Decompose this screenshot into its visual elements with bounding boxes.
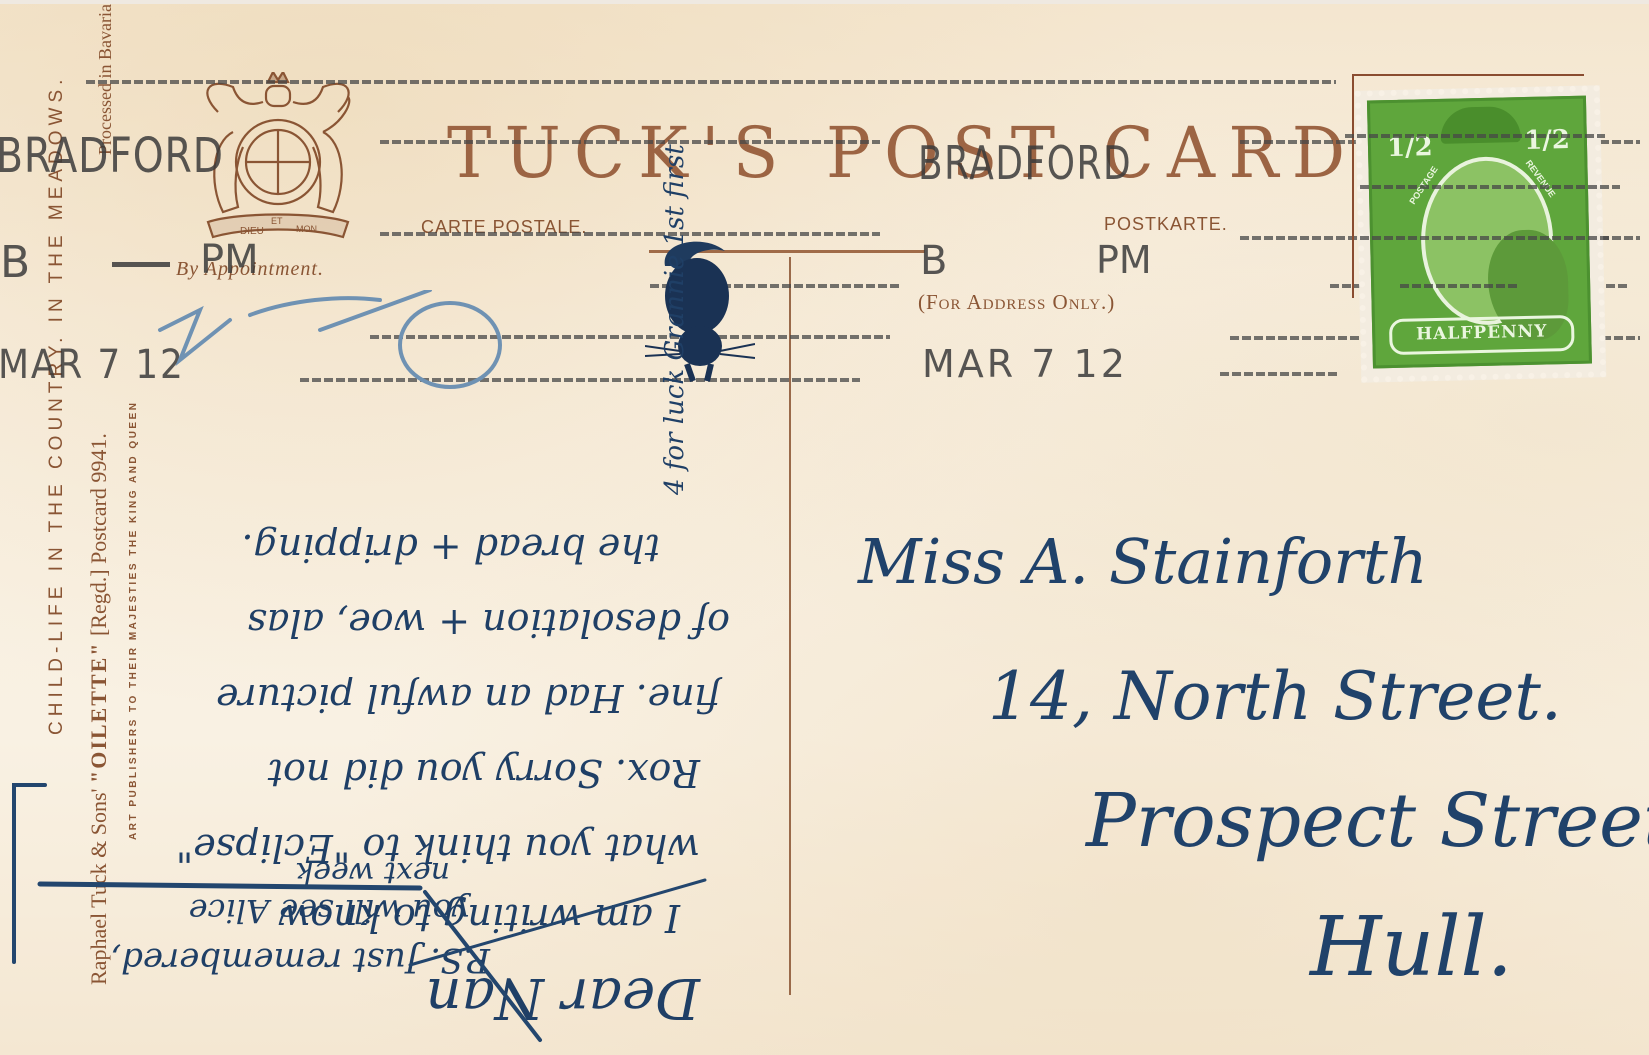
postcard-back: DIEU ET MON By Appointment. TUCK'S POST … [0, 0, 1649, 1055]
ink-strokes [0, 0, 1649, 1055]
